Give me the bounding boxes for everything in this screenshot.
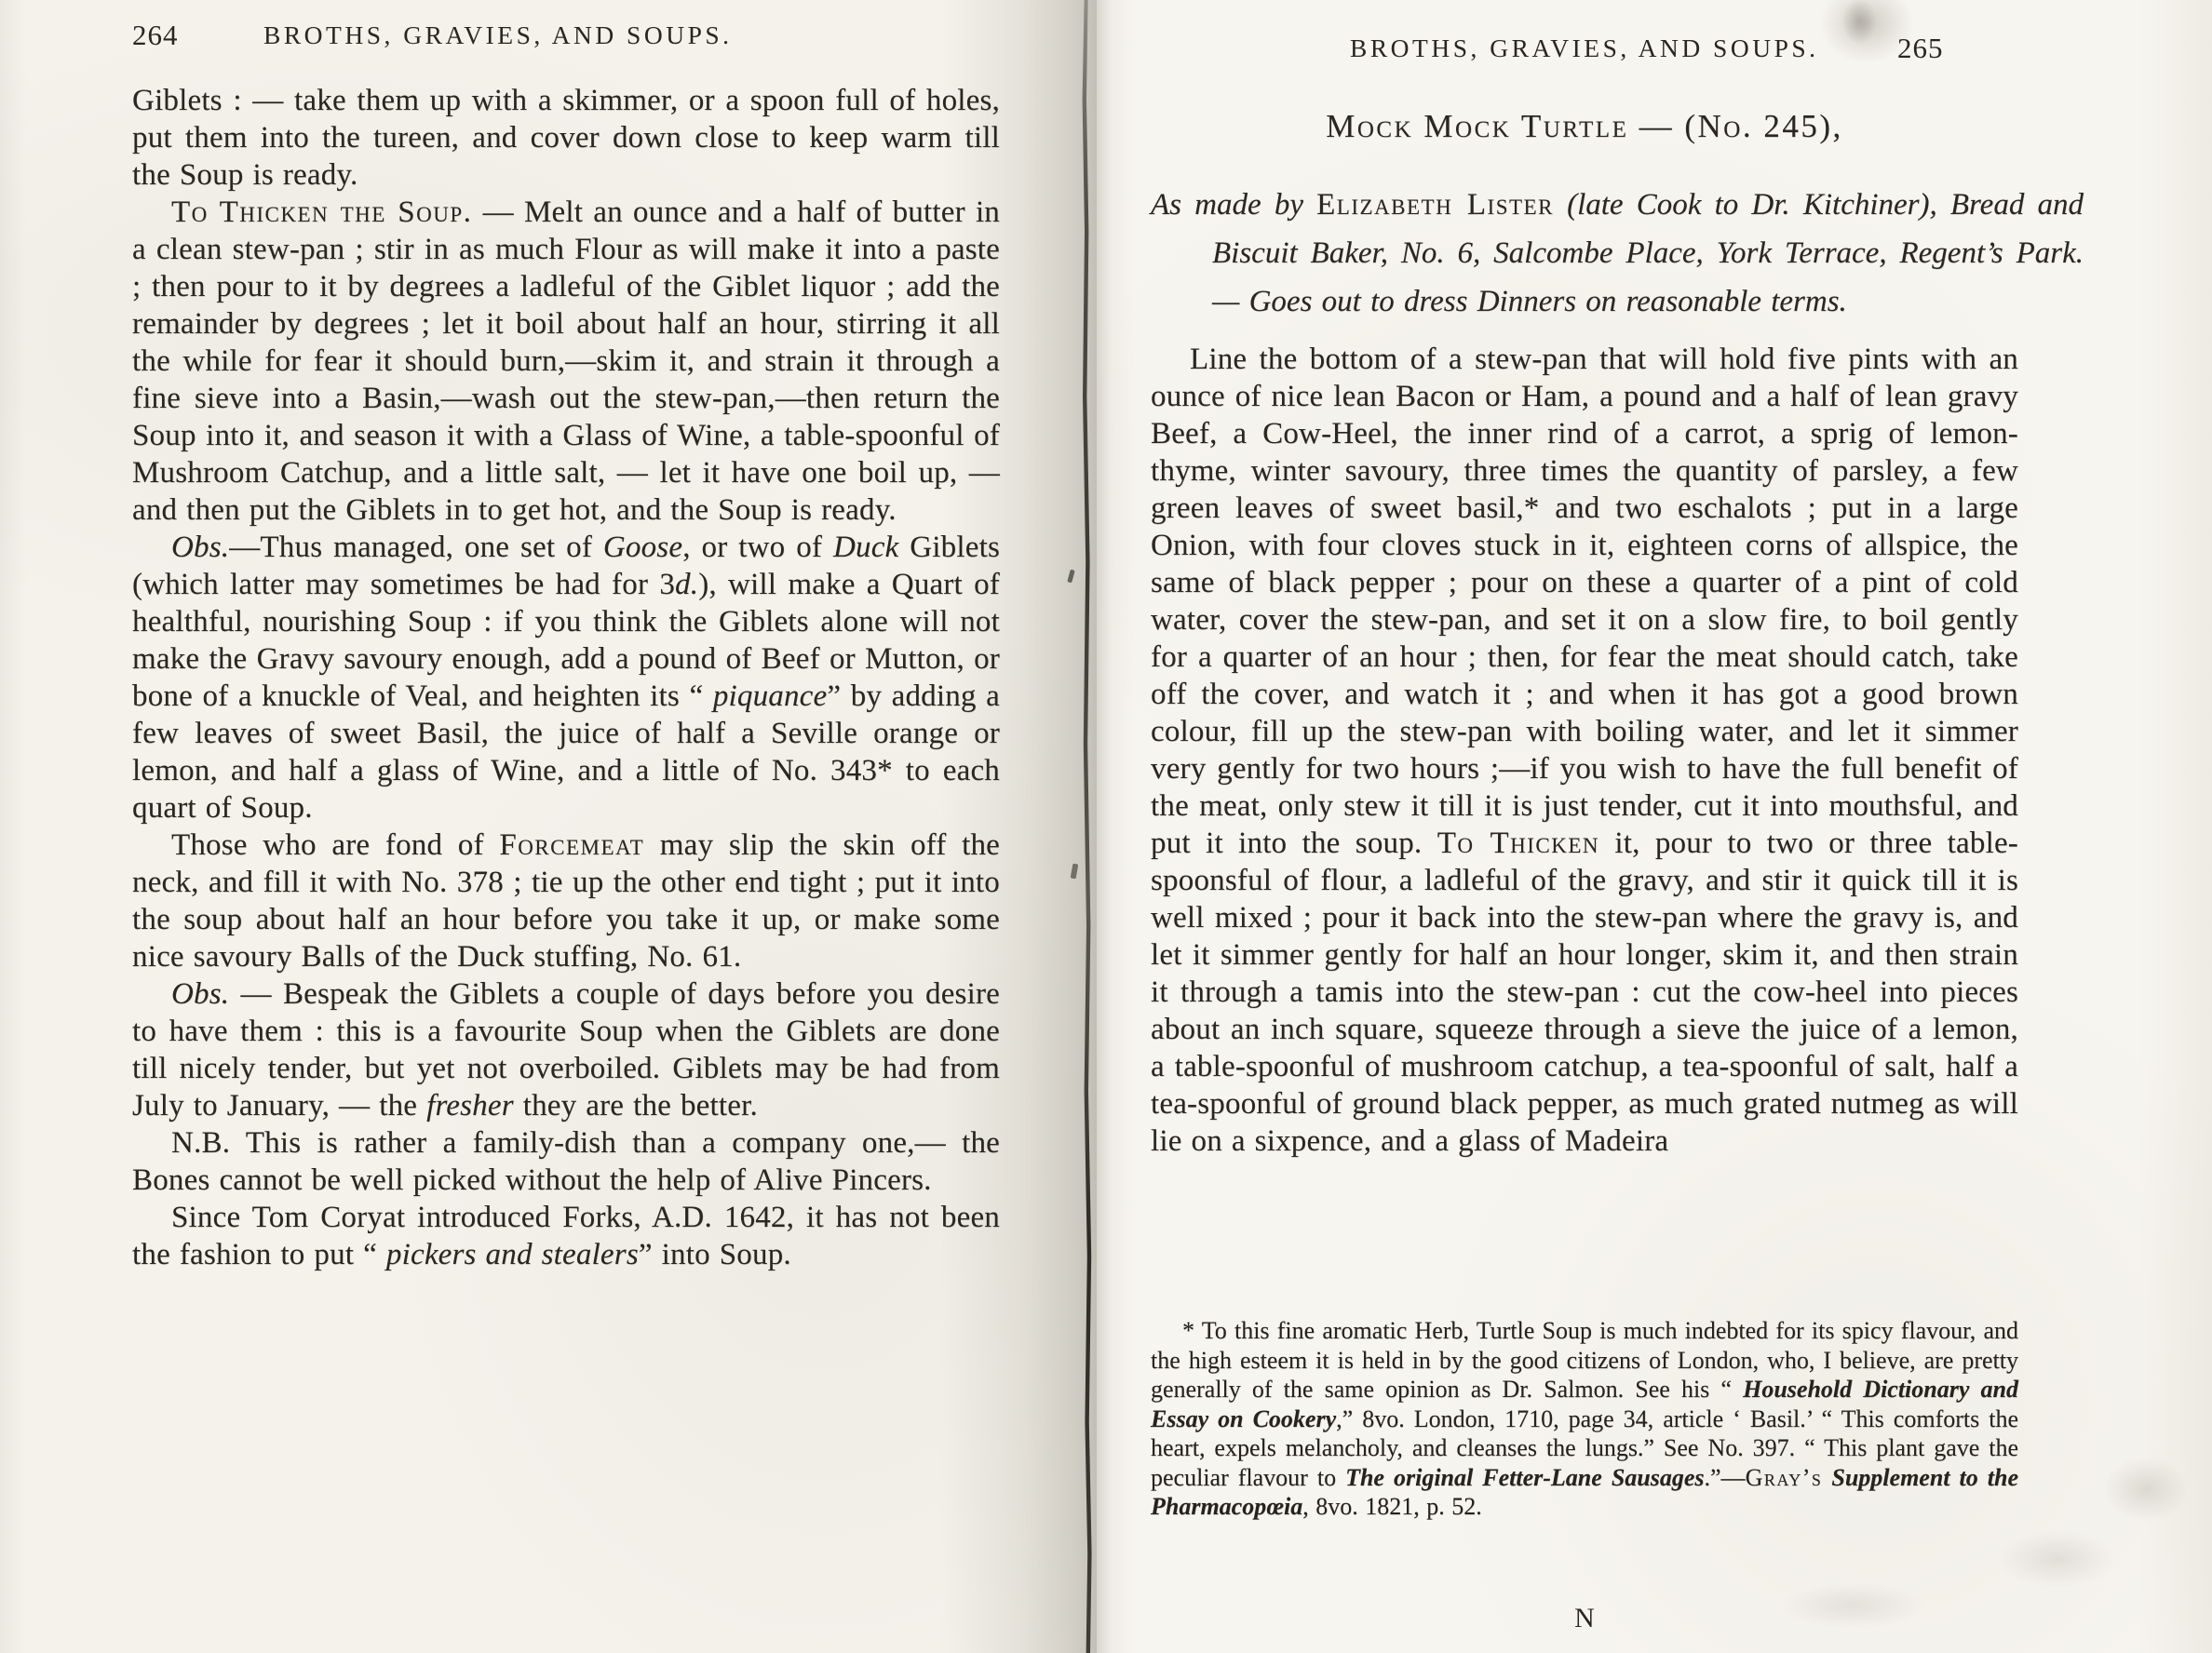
recipe-subtitle: As made by Elizabeth Lister (late Cook t… — [1151, 181, 2084, 326]
paragraph-mock-turtle-method: Line the bottom of a stew-pan that will … — [1151, 341, 2018, 1160]
paragraph-obs-bespeak: Obs. — Bespeak the Giblets a couple of d… — [132, 975, 1000, 1124]
paragraph-forcemeat: Those who are fond of Forcemeat may slip… — [132, 826, 1000, 975]
book-spread-scan: 264 BROTHS, GRAVIES, AND SOUPS. Giblets … — [0, 0, 2212, 1653]
left-page-text: Giblets : — take them up with a skimmer,… — [132, 82, 1000, 1273]
left-running-head: BROTHS, GRAVIES, AND SOUPS. — [263, 20, 733, 50]
paragraph-tom-coryat: Since Tom Coryat introduced Forks, A.D. … — [132, 1199, 1000, 1273]
recipe-title: Mock Mock Turtle — (No. 245), — [1151, 108, 2018, 145]
left-page-number: 264 — [132, 19, 179, 52]
right-page-text: Line the bottom of a stew-pan that will … — [1151, 341, 2018, 1160]
right-page: BROTHS, GRAVIES, AND SOUPS. 265 Mock Moc… — [1097, 0, 2212, 1653]
right-running-head: BROTHS, GRAVIES, AND SOUPS. — [1350, 34, 1819, 63]
paragraph-to-thicken-the-soup: To Thicken the Soup. — Melt an ounce and… — [132, 194, 1000, 529]
left-page: 264 BROTHS, GRAVIES, AND SOUPS. Giblets … — [0, 0, 1097, 1653]
right-page-number: 265 — [1897, 32, 1944, 65]
paragraph-nb-family-dish: N.B. This is rather a family-dish than a… — [132, 1124, 1000, 1199]
paragraph-obs-thus-managed: Obs.—Thus managed, one set of Goose, or … — [132, 529, 1000, 826]
printer-signature-mark: N — [1151, 1603, 2018, 1634]
footnote-basil: * To this fine aromatic Herb, Turtle Sou… — [1151, 1316, 2018, 1522]
paragraph-giblets-continuation: Giblets : — take them up with a skimmer,… — [132, 82, 1000, 194]
